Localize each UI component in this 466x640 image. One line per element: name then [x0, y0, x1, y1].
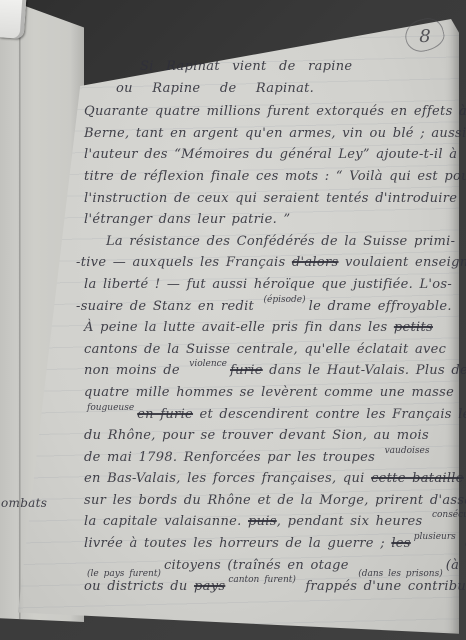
crossed-out-text: les — [391, 536, 410, 551]
manuscript-line: -tive — auxquels les Français d'alors vo… — [76, 252, 464, 274]
crossed-out-text: cette bataille — [371, 471, 464, 486]
page-number: 8 — [404, 18, 446, 54]
page-number-value: 8 — [419, 26, 430, 47]
page-crease — [19, 6, 21, 622]
manuscript-title-line-1: Si Rapinat vient de rapine — [140, 56, 464, 78]
handwritten-text: quatre mille hommes se levèrent comme un… — [84, 385, 454, 400]
manuscript-line: La résistance des Confédérés de la Suiss… — [106, 231, 464, 253]
manuscript-text: Si Rapinat vient de rapine ou Rapine de … — [84, 56, 464, 598]
interlinear-insert: fougueuse — [87, 398, 134, 420]
manuscript-title-line-2: ou Rapine de Rapinat. — [116, 78, 464, 100]
handwritten-text: voulaient enseigner — [339, 255, 466, 270]
paper-clip — [0, 0, 26, 39]
handwritten-text: sur les bords du Rhône et de la Morge, p… — [84, 493, 466, 508]
manuscript-line: l'instruction de ceux qui seraient tenté… — [84, 188, 464, 210]
manuscript-line: titre de réflexion finale ces mots : “ V… — [84, 166, 464, 188]
interlinear-insert: canton furent) — [228, 570, 296, 592]
manuscript-line: cantons de la Suisse centrale, qu'elle é… — [84, 339, 464, 361]
handwritten-text: cantons de la Suisse centrale, qu'elle é… — [84, 342, 446, 357]
handwritten-text: La résistance des Confédérés de la Suiss… — [106, 234, 455, 249]
manuscript-body: Quarante quatre millions furent extorqué… — [84, 101, 464, 598]
interlinear-insert: (épisode) — [264, 290, 306, 312]
handwritten-text: dans le Haut-Valais. Plus de — [263, 363, 466, 378]
manuscript-line: l'étranger dans leur patrie. ” — [84, 209, 464, 231]
handwritten-text: de mai 1798. Renforcées par les troupes — [84, 450, 382, 465]
handwritten-text: -suaire de Stanz en redit — [76, 299, 261, 314]
handwritten-text: livrée à toutes les horreurs de la guerr… — [84, 536, 391, 551]
handwritten-text: non moins de — [84, 363, 186, 378]
handwritten-text: À peine la lutte avait-elle pris fin dan… — [84, 320, 394, 335]
handwritten-text: titre de réflexion finale ces mots : “ V… — [84, 169, 466, 184]
crossed-out-text: petits — [394, 320, 433, 335]
manuscript-line: fougueuseen furie et descendirent contre… — [84, 404, 464, 426]
photo-backdrop: 8 ombats Si Rapinat vient de rapine ou R… — [0, 0, 466, 640]
interlinear-insert: consécutives) — [432, 505, 466, 527]
manuscript-line: en Bas-Valais, les forces françaises, qu… — [84, 468, 464, 490]
handwritten-text: Berne, tant en argent qu'en armes, vin o… — [84, 126, 466, 141]
handwritten-text: des principaux — [459, 536, 466, 551]
manuscript-line: sur les bords du Rhône et de la Morge, p… — [84, 490, 464, 512]
manuscript-line: la capitale valaisanne. puis, pendant si… — [84, 511, 464, 533]
handwritten-text: (à Chillon et d'ailleurs, et sept dizain… — [446, 558, 466, 573]
crossed-out-text: d'alors — [292, 255, 339, 270]
handwritten-text: le drame effroyable. — [309, 299, 452, 314]
manuscript-line: À peine la lutte avait-elle pris fin dan… — [84, 317, 464, 339]
manuscript-line: Quarante quatre millions furent extorqué… — [84, 101, 464, 123]
handwritten-text: en Bas-Valais, les forces françaises, qu… — [84, 471, 371, 486]
manuscript-line: de mai 1798. Renforcées par les troupes … — [84, 447, 464, 469]
manuscript-line: non moins de violencefurie dans le Haut-… — [84, 360, 464, 382]
interlinear-insert: plusieurs — [414, 527, 456, 549]
interlinear-insert: (dans les prisons) — [358, 564, 443, 586]
manuscript-line: Berne, tant en argent qu'en armes, vin o… — [84, 123, 464, 145]
manuscript-line: l'auteur des “Mémoires du général Ley” a… — [84, 144, 464, 166]
handwritten-text: -tive — auxquels les Français — [76, 255, 292, 270]
handwritten-text: l'étranger dans leur patrie. ” — [84, 212, 290, 227]
interlinear-insert: violence — [189, 354, 227, 376]
crossed-out-text: en furie — [137, 407, 193, 422]
crossed-out-text: furie — [230, 363, 263, 378]
manuscript-line: livrée à toutes les horreurs de la guerr… — [84, 533, 464, 555]
handwritten-text: Quarante quatre millions furent extorqué… — [84, 104, 466, 119]
handwritten-text: la capitale valaisanne. — [84, 514, 248, 529]
manuscript-line: -suaire de Stanz en redit (épisode)le dr… — [76, 296, 464, 318]
interlinear-insert: vaudoises — [385, 441, 430, 463]
crossed-out-text: puis — [248, 514, 277, 529]
handwritten-text: , pendant six heures — [277, 514, 429, 529]
margin-note: ombats — [1, 496, 47, 510]
manuscript-line: quatre mille hommes se levèrent comme un… — [84, 382, 464, 404]
handwritten-text: du Rhône, pour se trouver devant Sion, a… — [84, 428, 429, 443]
interlinear-insert: (le pays furent) — [87, 564, 161, 586]
handwritten-text: l'auteur des “Mémoires du général Ley” a… — [84, 147, 457, 162]
handwritten-text: l'instruction de ceux qui seraient tenté… — [84, 191, 457, 206]
crossed-out-text: pays — [194, 579, 225, 594]
handwritten-text: et descendirent contre les Français les … — [193, 407, 466, 422]
